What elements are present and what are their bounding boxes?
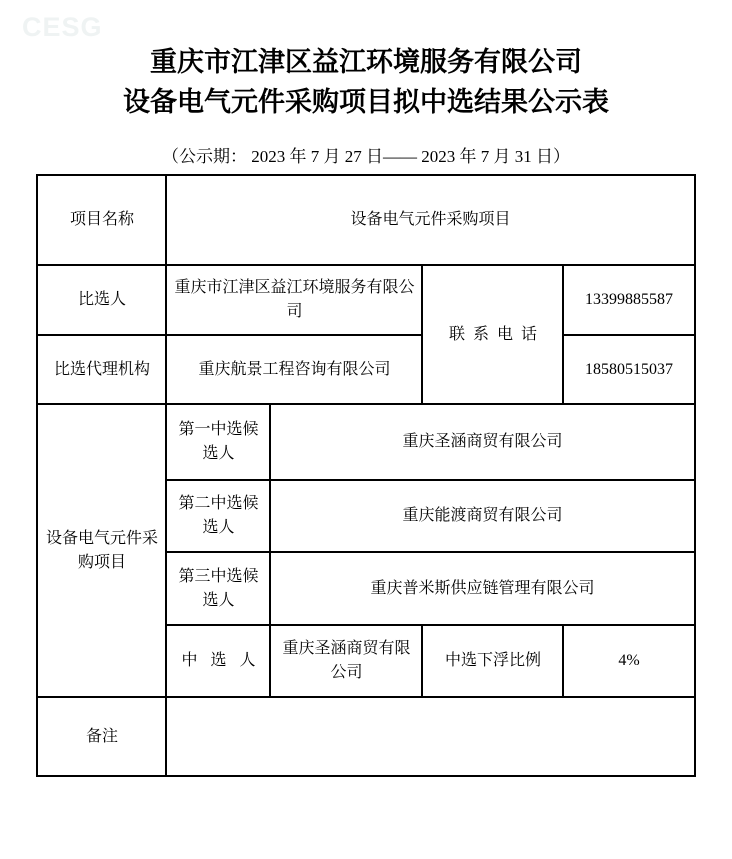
table-row-agency: 比选代理机构 重庆航景工程咨询有限公司 18580515037	[37, 335, 694, 404]
contact-phone-label: 联 系 电 话	[422, 265, 563, 404]
candidate1-value: 重庆圣涵商贸有限公司	[270, 404, 694, 480]
winner-value: 重庆圣涵商贸有限公司	[270, 625, 422, 697]
project-name-value: 设备电气元件采购项目	[166, 175, 694, 265]
agency-value: 重庆航景工程咨询有限公司	[166, 335, 422, 404]
remarks-value	[166, 697, 694, 776]
candidate2-value: 重庆能渡商贸有限公司	[270, 480, 694, 552]
watermark-logo: CESG	[22, 12, 103, 43]
document-title-line2: 设备电气元件采购项目拟中选结果公示表	[0, 82, 732, 122]
discount-value: 4%	[563, 625, 694, 697]
selector-label: 比选人	[37, 265, 166, 335]
document-title-line1: 重庆市江津区益江环境服务有限公司	[0, 42, 732, 82]
agency-phone-value: 18580515037	[563, 335, 694, 404]
project-name-label: 项目名称	[37, 175, 166, 265]
selector-phone-value: 13399885587	[563, 265, 694, 335]
document-page: CESG 重庆市江津区益江环境服务有限公司 设备电气元件采购项目拟中选结果公示表…	[0, 0, 732, 859]
candidate3-label: 第三中选候选人	[166, 552, 270, 625]
candidate2-label: 第二中选候选人	[166, 480, 270, 552]
table-row-remarks: 备注	[37, 697, 694, 776]
table-row-selector: 比选人 重庆市江津区益江环境服务有限公司 联 系 电 话 13399885587	[37, 265, 694, 335]
result-table: 项目名称 设备电气元件采购项目 比选人 重庆市江津区益江环境服务有限公司 联 系…	[36, 174, 695, 777]
selector-value: 重庆市江津区益江环境服务有限公司	[166, 265, 422, 335]
agency-label: 比选代理机构	[37, 335, 166, 404]
project-group-label: 设备电气元件采购项目	[37, 404, 166, 697]
candidate3-value: 重庆普米斯供应链管理有限公司	[270, 552, 694, 625]
discount-label: 中选下浮比例	[422, 625, 563, 697]
winner-label: 中 选 人	[166, 625, 270, 697]
candidate1-label: 第一中选候选人	[166, 404, 270, 480]
document-title: 重庆市江津区益江环境服务有限公司 设备电气元件采购项目拟中选结果公示表	[0, 42, 732, 122]
remarks-label: 备注	[37, 697, 166, 776]
publicity-period: （公示期： 2023 年 7 月 27 日—— 2023 年 7 月 31 日）	[0, 146, 732, 168]
table-row-project-name: 项目名称 设备电气元件采购项目	[37, 175, 694, 265]
table-row-candidate1: 设备电气元件采购项目 第一中选候选人 重庆圣涵商贸有限公司	[37, 404, 694, 480]
